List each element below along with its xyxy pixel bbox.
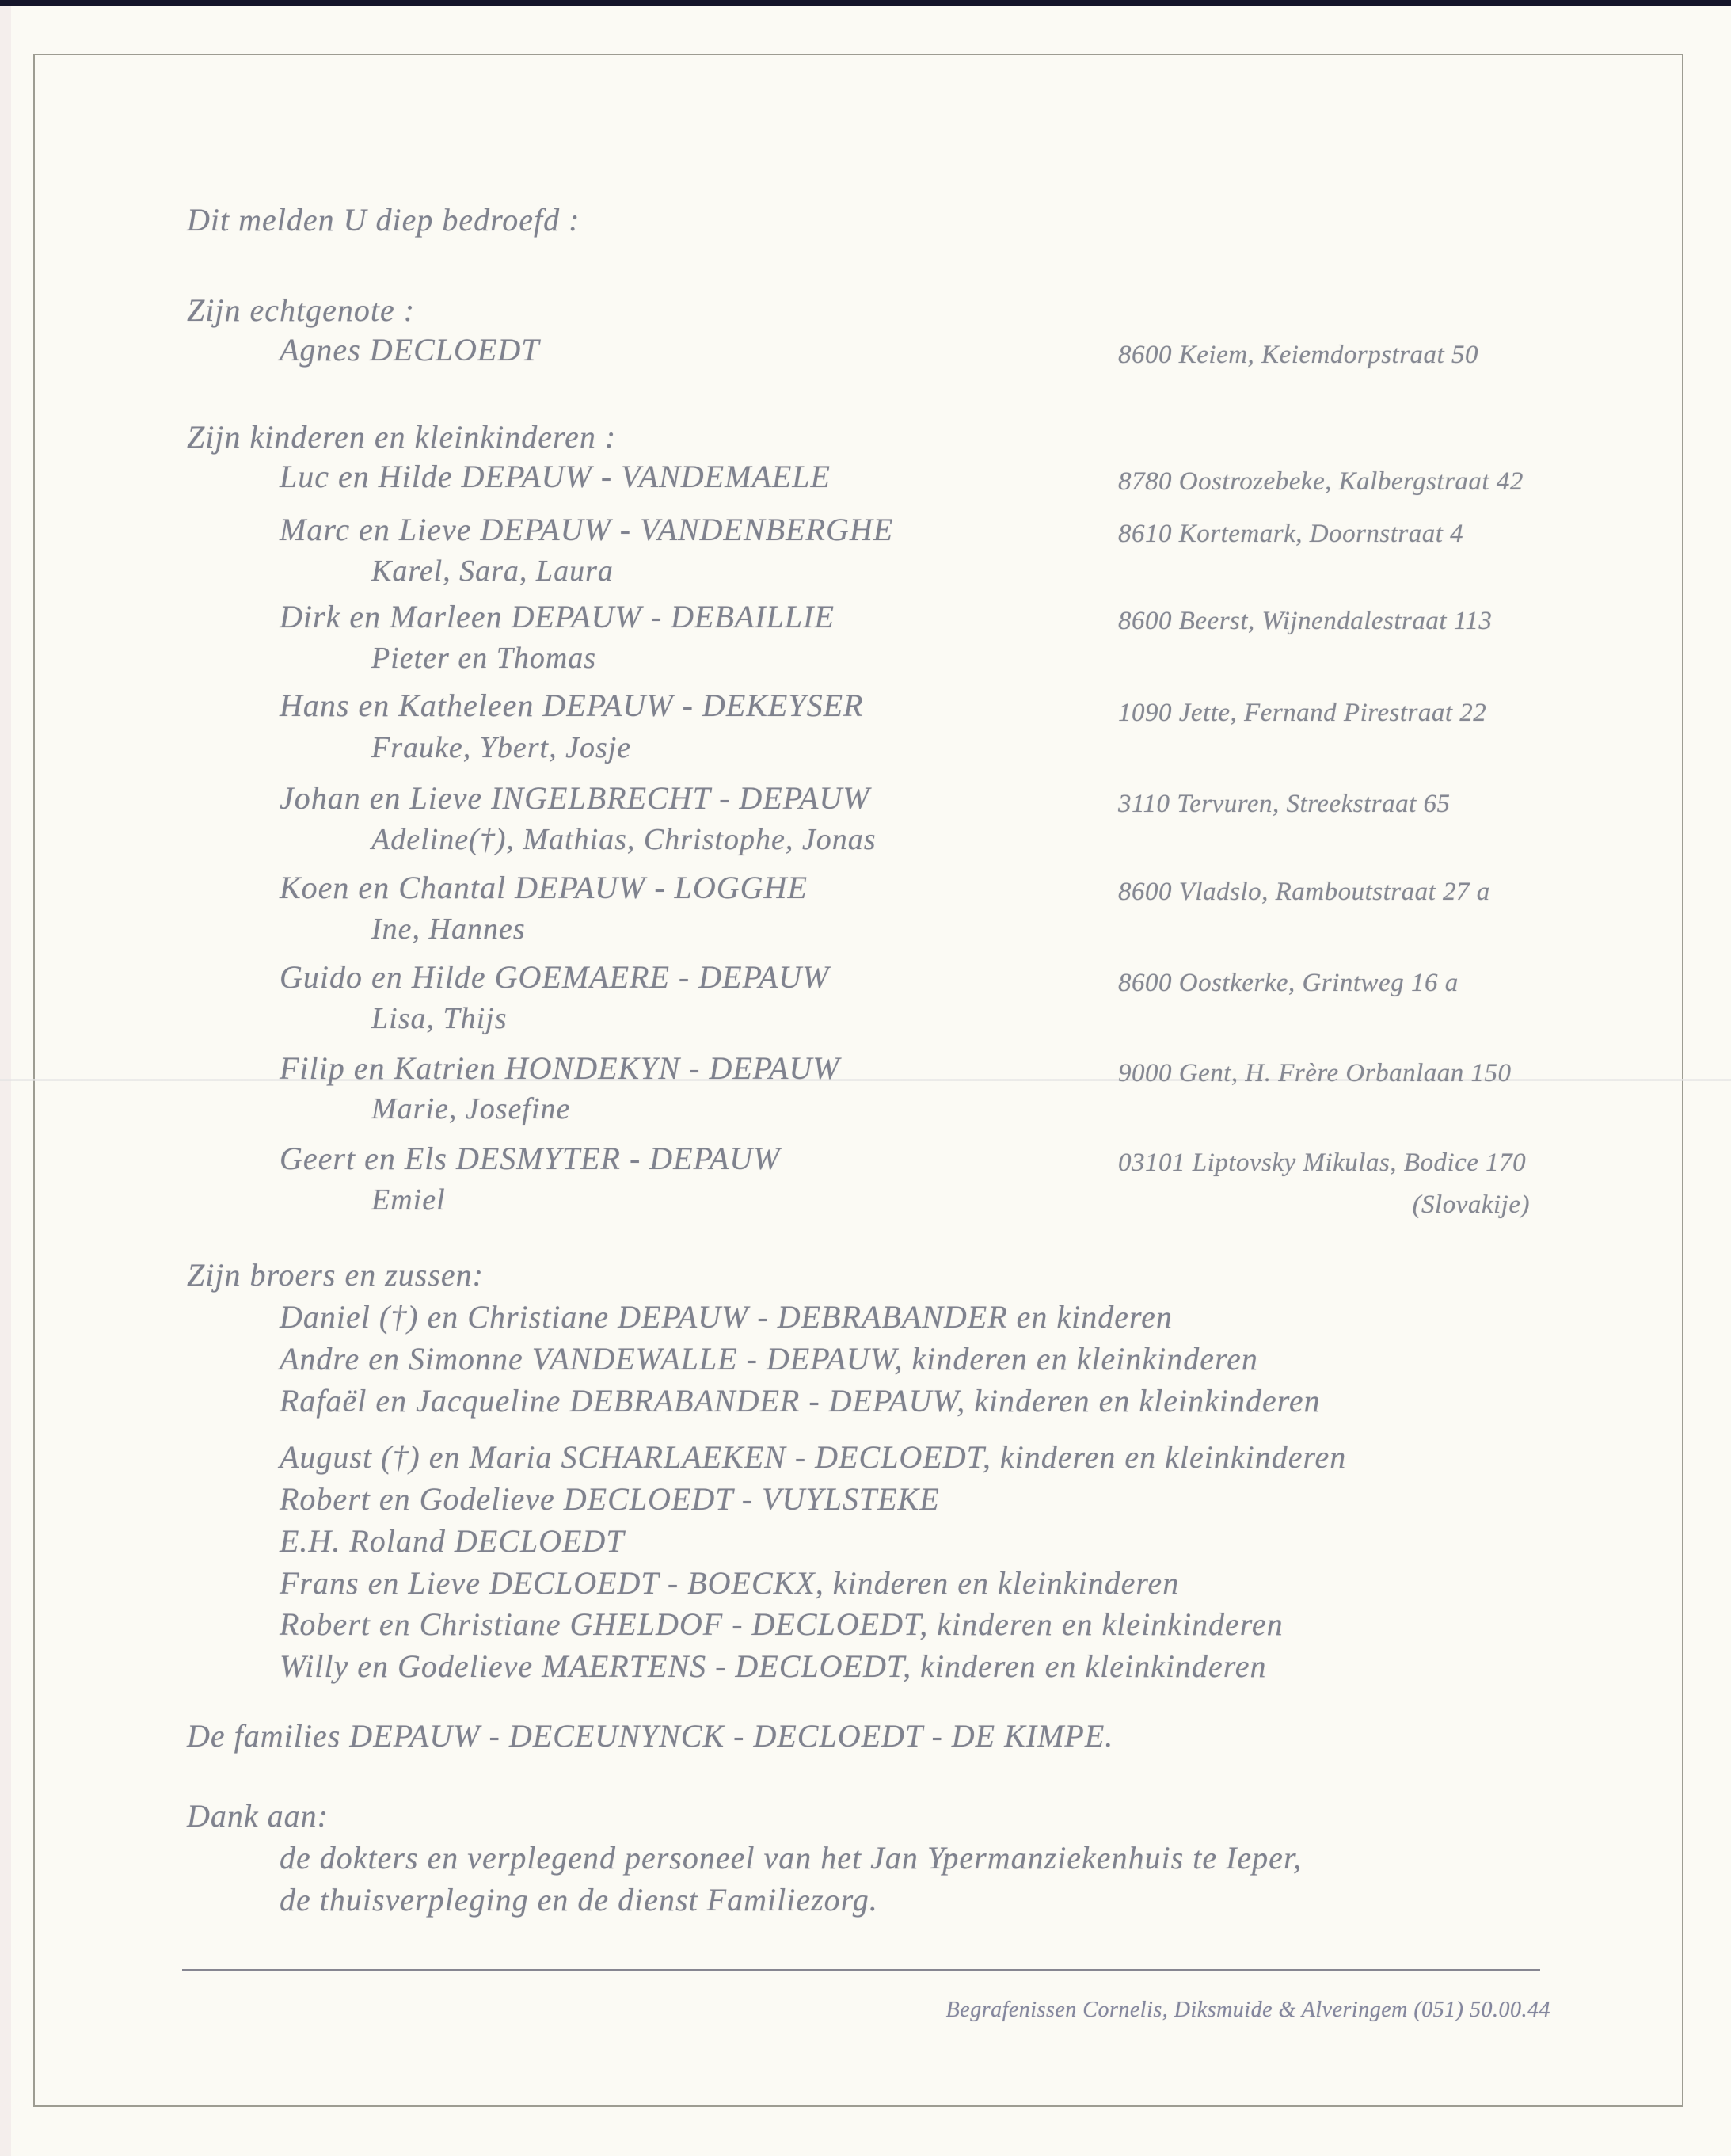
child-grandchildren: Frauke, Ybert, Josje xyxy=(371,733,631,763)
spouse-section-label: Zijn echtgenote : xyxy=(187,295,415,326)
child-name: Hans en Katheleen DEPAUW - DEKEYSER xyxy=(280,690,863,722)
child-name: Dirk en Marleen DEPAUW - DEBAILLIE xyxy=(280,601,835,633)
sibling-line: August (†) en Maria SCHARLAEKEN - DECLOE… xyxy=(280,1442,1346,1473)
sibling-line: Frans en Lieve DECLOEDT - BOECKX, kinder… xyxy=(280,1567,1179,1599)
thanks-line: de thuisverpleging en de dienst Familiez… xyxy=(280,1884,878,1916)
child-grandchildren: Karel, Sara, Laura xyxy=(371,556,614,586)
footer-rule xyxy=(182,1969,1540,1971)
child-name: Geert en Els DESMYTER - DEPAUW xyxy=(280,1143,781,1175)
scan-edge-strip xyxy=(0,0,1731,6)
child-name: Koen en Chantal DEPAUW - LOGGHE xyxy=(280,872,808,904)
child-name: Luc en Hilde DEPAUW - VANDEMAELE xyxy=(280,461,831,493)
sibling-line: Rafaël en Jacqueline DEBRABANDER - DEPAU… xyxy=(280,1385,1321,1417)
thanks-line: de dokters en verplegend personeel van h… xyxy=(280,1842,1302,1874)
child-address: 3110 Tervuren, Streekstraat 65 xyxy=(1118,791,1451,817)
intro-line: Dit melden U diep bedroefd : xyxy=(187,204,580,236)
child-grandchildren: Pieter en Thomas xyxy=(371,643,596,673)
sibling-line: Robert en Christiane GHELDOF - DECLOEDT,… xyxy=(280,1609,1284,1640)
sibling-line: Daniel (†) en Christiane DEPAUW - DEBRAB… xyxy=(280,1301,1173,1333)
child-address: 8600 Vladslo, Ramboutstraat 27 a xyxy=(1118,879,1490,905)
child-grandchildren: Marie, Josefine xyxy=(371,1094,570,1124)
child-name: Filip en Katrien HONDEKYN - DEPAUW xyxy=(280,1053,840,1084)
child-grandchildren: Lisa, Thijs xyxy=(371,1004,508,1034)
spouse-address: 8600 Keiem, Keiemdorpstraat 50 xyxy=(1118,342,1478,368)
sibling-line: Robert en Godelieve DECLOEDT - VUYLSTEKE xyxy=(280,1484,940,1515)
child-name: Guido en Hilde GOEMAERE - DEPAUW xyxy=(280,962,829,993)
child-address: 1090 Jette, Fernand Pirestraat 22 xyxy=(1118,700,1486,726)
sibling-line: E.H. Roland DECLOEDT xyxy=(280,1526,625,1557)
child-grandchildren: Emiel xyxy=(371,1185,446,1215)
child-grandchildren: Adeline(†), Mathias, Christophe, Jonas xyxy=(371,825,876,855)
child-name: Marc en Lieve DEPAUW - VANDENBERGHE xyxy=(280,514,893,546)
spouse-name: Agnes DECLOEDT xyxy=(280,334,539,366)
families-line: De families DEPAUW - DECEUNYNCK - DECLOE… xyxy=(187,1720,1113,1752)
siblings-section-label: Zijn broers en zussen: xyxy=(187,1259,484,1291)
child-address: 03101 Liptovsky Mikulas, Bodice 170 xyxy=(1118,1150,1526,1176)
child-address: 8600 Beerst, Wijnendalestraat 113 xyxy=(1118,608,1492,634)
funeral-home-credit: Begrafenissen Cornelis, Diksmuide & Alve… xyxy=(911,1999,1550,2021)
children-section-label: Zijn kinderen en kleinkinderen : xyxy=(187,421,616,453)
sibling-line: Andre en Simonne VANDEWALLE - DEPAUW, ki… xyxy=(280,1343,1258,1375)
child-address-line2: (Slovakije) xyxy=(1118,1192,1530,1218)
child-name: Johan en Lieve INGELBRECHT - DEPAUW xyxy=(280,783,870,814)
child-grandchildren: Ine, Hannes xyxy=(371,914,526,944)
child-address: 8600 Oostkerke, Grintweg 16 a xyxy=(1118,970,1459,996)
sibling-line: Willy en Godelieve MAERTENS - DECLOEDT, … xyxy=(280,1651,1267,1682)
child-address: 8610 Kortemark, Doornstraat 4 xyxy=(1118,521,1463,547)
child-address: 9000 Gent, H. Frère Orbanlaan 150 xyxy=(1118,1061,1511,1087)
mourning-letter-scan: Dit melden U diep bedroefd : Zijn echtge… xyxy=(0,0,1731,2156)
child-address: 8780 Oostrozebeke, Kalbergstraat 42 xyxy=(1118,469,1524,495)
thanks-section-label: Dank aan: xyxy=(187,1800,329,1832)
